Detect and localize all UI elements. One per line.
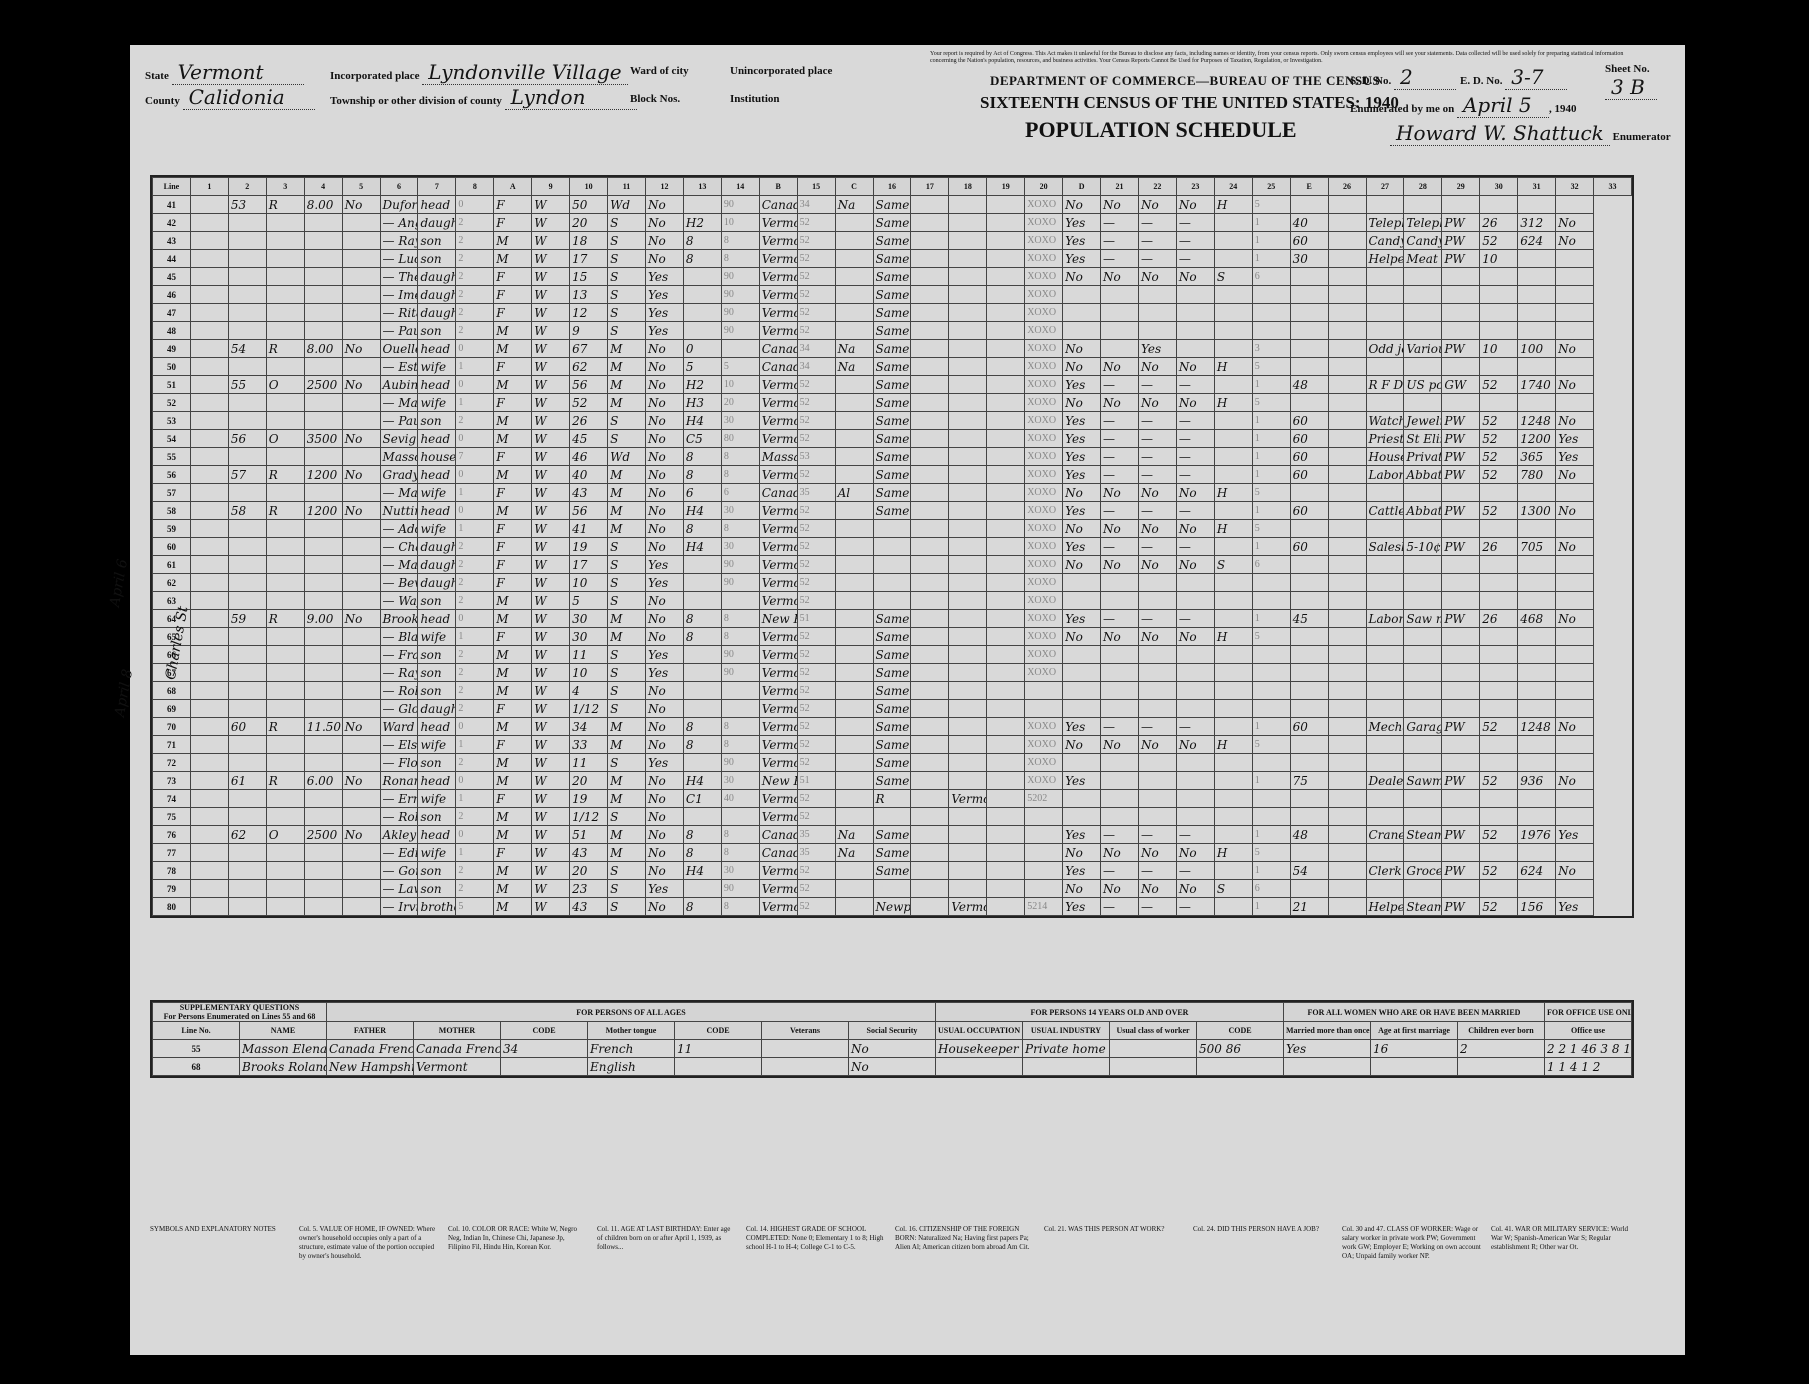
cell-cls — [1442, 196, 1480, 214]
cell-race: W — [532, 628, 570, 646]
cell-hh — [228, 538, 266, 556]
cell-a: 2 — [456, 214, 494, 232]
cell-c24: — — [1176, 898, 1214, 916]
cell-c21: No — [1063, 268, 1101, 286]
cell-birth: Massachusetts — [759, 448, 797, 466]
cell-c26: 60 — [1290, 502, 1328, 520]
table-row: 42— Angelinadaughter2FW20SNoH210Vermont5… — [153, 214, 1632, 232]
line-number: 59 — [153, 520, 191, 538]
empty-cell — [911, 880, 949, 898]
cell-birth: Canada French — [759, 340, 797, 358]
cell-c25 — [1214, 826, 1252, 844]
cell-c: 52 — [797, 556, 835, 574]
census-sheet: Your report is required by Act of Congre… — [130, 45, 1685, 1355]
cell-c23: No — [1138, 880, 1176, 898]
empty-cell — [911, 484, 949, 502]
empty-cell — [911, 196, 949, 214]
cell-b: 30 — [721, 772, 759, 790]
cell-st — [949, 286, 987, 304]
cell-oth: No — [1556, 772, 1594, 790]
cell-cit: Na — [835, 358, 873, 376]
cell-c24 — [1176, 646, 1214, 664]
column-number: 26 — [1328, 178, 1366, 196]
empty-cell — [1328, 808, 1366, 826]
cell-a: 2 — [456, 700, 494, 718]
empty-cell — [987, 304, 1025, 322]
line-number: 43 — [153, 232, 191, 250]
cell-inc — [1518, 196, 1556, 214]
cell-c: 52 — [797, 628, 835, 646]
empty-cell — [190, 682, 228, 700]
cell-own — [266, 736, 304, 754]
cell-res — [873, 808, 911, 826]
empty-cell — [987, 880, 1025, 898]
cell-value — [304, 250, 342, 268]
cell-birth: Vermont — [759, 394, 797, 412]
cell-race: W — [532, 304, 570, 322]
supp-row: 68Brooks RolandNew HampshireVermontEngli… — [153, 1058, 1632, 1076]
cell-c24: — — [1176, 214, 1214, 232]
cell-farm: No — [342, 376, 380, 394]
cell-sex: F — [494, 394, 532, 412]
cell-age: 10 — [570, 574, 608, 592]
cell-c22: No — [1101, 196, 1139, 214]
empty-cell — [911, 214, 949, 232]
empty-cell — [911, 412, 949, 430]
cell-occ — [1366, 592, 1404, 610]
cell-c23: — — [1138, 862, 1176, 880]
cell-wks: 52 — [1480, 862, 1518, 880]
cell-a: 1 — [456, 520, 494, 538]
cell-own — [266, 394, 304, 412]
cell-age: 11 — [570, 754, 608, 772]
empty-cell — [190, 376, 228, 394]
cell-farm: No — [342, 502, 380, 520]
cell-rel: daughter — [418, 700, 456, 718]
empty-cell — [987, 214, 1025, 232]
supp-cell-agefirst: 16 — [1371, 1040, 1458, 1058]
cell-res: Same place — [873, 430, 911, 448]
table-row: 65— Blanche ⊗wife1FW30MNo88Vermont52Same… — [153, 628, 1632, 646]
line-number: 50 — [153, 358, 191, 376]
cell-farm: No — [342, 610, 380, 628]
cell-name: — Lawrence — [380, 880, 418, 898]
cell-occ: Dealer — [1366, 772, 1404, 790]
supplementary-section: SUPPLEMENTARY QUESTIONSFor Persons Enume… — [150, 1000, 1634, 1078]
line-number: 74 — [153, 790, 191, 808]
cell-rel: head — [418, 430, 456, 448]
empty-cell — [1328, 520, 1366, 538]
cell-st — [949, 772, 987, 790]
cell-c22: — — [1101, 466, 1139, 484]
cell-res — [873, 880, 911, 898]
cell-c25 — [1214, 808, 1252, 826]
cell-c24: — — [1176, 448, 1214, 466]
cell-ind: Saw mill — [1404, 610, 1442, 628]
cell-d: XOXO — [1025, 664, 1063, 682]
line-number: 68 — [153, 682, 191, 700]
cell-gr — [683, 556, 721, 574]
cell-rel: wife — [418, 736, 456, 754]
cell-e — [1252, 682, 1290, 700]
supp-column-header: CODE — [675, 1022, 762, 1040]
cell-name: — Floyd L — [380, 754, 418, 772]
cell-e: 1 — [1252, 538, 1290, 556]
cell-d: XOXO — [1025, 538, 1063, 556]
cell-res: Same place — [873, 232, 911, 250]
cell-occ — [1366, 700, 1404, 718]
cell-st — [949, 556, 987, 574]
cell-cit — [835, 448, 873, 466]
cell-sex: F — [494, 358, 532, 376]
empty-cell — [911, 754, 949, 772]
table-row: 75— Robert H Jrson2MW1/12SNoVermont52 — [153, 808, 1632, 826]
cell-c26: 75 — [1290, 772, 1328, 790]
empty-cell — [1328, 700, 1366, 718]
footer-note: Col. 10. COLOR OR RACE: White W, Negro N… — [448, 1225, 587, 1261]
cell-cit: Na — [835, 196, 873, 214]
cell-rel: daughter — [418, 304, 456, 322]
office-use-heading: FOR OFFICE USE ONLY—DO NOT WRITE IN THES… — [1545, 1003, 1632, 1022]
cell-st — [949, 718, 987, 736]
cell-rel: daughter — [418, 214, 456, 232]
cell-ind: Jewelry Store — [1404, 412, 1442, 430]
cell-age: 12 — [570, 304, 608, 322]
cell-gr: 8 — [683, 718, 721, 736]
cell-occ — [1366, 556, 1404, 574]
cell-c21: Yes — [1063, 466, 1101, 484]
column-number: 29 — [1442, 178, 1480, 196]
cell-c25: H — [1214, 196, 1252, 214]
cell-c22 — [1101, 592, 1139, 610]
cell-sch: No — [645, 898, 683, 916]
cell-res: Same place — [873, 700, 911, 718]
cell-hh: 57 — [228, 466, 266, 484]
cell-age: 51 — [570, 826, 608, 844]
cell-c21: No — [1063, 736, 1101, 754]
cell-sch: Yes — [645, 754, 683, 772]
cell-occ — [1366, 682, 1404, 700]
cell-c: 52 — [797, 286, 835, 304]
cell-c23: No — [1138, 736, 1176, 754]
cell-value — [304, 556, 342, 574]
cell-value — [304, 754, 342, 772]
cell-c: 52 — [797, 862, 835, 880]
cell-cls — [1442, 754, 1480, 772]
cell-hh — [228, 898, 266, 916]
cell-birth: Vermont — [759, 592, 797, 610]
cell-wks — [1480, 268, 1518, 286]
cell-birth: Canada English — [759, 826, 797, 844]
cell-value — [304, 268, 342, 286]
cell-st: Vermont — [949, 898, 987, 916]
cell-c26 — [1290, 628, 1328, 646]
cell-res: Same place — [873, 682, 911, 700]
cell-c23 — [1138, 646, 1176, 664]
supp-cell-ind: Private home — [1023, 1040, 1110, 1058]
cell-value — [304, 808, 342, 826]
cell-a: 7 — [456, 448, 494, 466]
cell-c26 — [1290, 394, 1328, 412]
cell-name: — Esther — [380, 358, 418, 376]
cell-b: 8 — [721, 736, 759, 754]
cell-sex: M — [494, 826, 532, 844]
cell-own — [266, 628, 304, 646]
cell-inc: 624 — [1518, 862, 1556, 880]
cell-e: 1 — [1252, 718, 1290, 736]
table-row: 79— Lawrenceson2MW23SYes90Vermont52NoNoN… — [153, 880, 1632, 898]
cell-age: 19 — [570, 790, 608, 808]
cell-gr: H4 — [683, 412, 721, 430]
cell-a: 2 — [456, 592, 494, 610]
cell-c23: — — [1138, 826, 1176, 844]
empty-cell — [987, 538, 1025, 556]
cell-c24 — [1176, 340, 1214, 358]
cell-cit — [835, 610, 873, 628]
cell-e: 6 — [1252, 880, 1290, 898]
cell-cls — [1442, 304, 1480, 322]
cell-c22: — — [1101, 610, 1139, 628]
cell-sch: No — [645, 844, 683, 862]
cell-c23: — — [1138, 430, 1176, 448]
cell-race: W — [532, 718, 570, 736]
cell-c: 34 — [797, 358, 835, 376]
cell-hh — [228, 664, 266, 682]
cell-mar: S — [608, 232, 646, 250]
cell-a: 2 — [456, 250, 494, 268]
cell-a: 0 — [456, 340, 494, 358]
cell-sch: No — [645, 592, 683, 610]
cell-st — [949, 466, 987, 484]
cell-e — [1252, 574, 1290, 592]
column-number: 19 — [987, 178, 1025, 196]
cell-e — [1252, 286, 1290, 304]
empty-cell — [190, 808, 228, 826]
supp-cell-cls — [1110, 1040, 1197, 1058]
cell-own — [266, 322, 304, 340]
cell-res: Same place — [873, 718, 911, 736]
cell-c26: 21 — [1290, 898, 1328, 916]
cell-a: 2 — [456, 862, 494, 880]
table-row: 5456O3500NoSevigny Louis I ⊗head0MW45SNo… — [153, 430, 1632, 448]
cell-c21: No — [1063, 358, 1101, 376]
supp-cell-father: New Hampshire — [327, 1058, 414, 1076]
cell-hh: 53 — [228, 196, 266, 214]
cell-occ — [1366, 304, 1404, 322]
cell-c24: — — [1176, 610, 1214, 628]
empty-cell — [911, 556, 949, 574]
cell-race: W — [532, 322, 570, 340]
cell-birth: Canada English — [759, 484, 797, 502]
cell-name: — Lucien — [380, 250, 418, 268]
cell-d — [1025, 826, 1063, 844]
empty-cell — [987, 628, 1025, 646]
cell-own — [266, 448, 304, 466]
cell-c23: Yes — [1138, 340, 1176, 358]
cell-rel: son — [418, 322, 456, 340]
cell-birth: New Hampshire — [759, 610, 797, 628]
cell-birth: Vermont — [759, 808, 797, 826]
cell-sex: M — [494, 610, 532, 628]
cell-inc — [1518, 700, 1556, 718]
cell-c23: — — [1138, 466, 1176, 484]
ward-field: Ward of city — [630, 65, 689, 77]
cell-race: W — [532, 862, 570, 880]
cell-occ: Priest — [1366, 430, 1404, 448]
cell-inc — [1518, 268, 1556, 286]
empty-cell — [911, 538, 949, 556]
cell-gr: 8 — [683, 448, 721, 466]
empty-cell — [911, 772, 949, 790]
cell-name: Duford Elmina ⊗ — [380, 196, 418, 214]
cell-race: W — [532, 214, 570, 232]
cell-birth: New Hampshire — [759, 772, 797, 790]
cell-own: O — [266, 430, 304, 448]
empty-cell — [911, 376, 949, 394]
cell-c26 — [1290, 664, 1328, 682]
cell-occ — [1366, 484, 1404, 502]
cell-occ: Cattle buyer — [1366, 502, 1404, 520]
cell-c22: No — [1101, 844, 1139, 862]
cell-d: XOXO — [1025, 754, 1063, 772]
cell-c: 52 — [797, 592, 835, 610]
cell-value — [304, 304, 342, 322]
empty-cell — [987, 268, 1025, 286]
cell-c26: 60 — [1290, 466, 1328, 484]
cell-hh — [228, 880, 266, 898]
cell-c25 — [1214, 574, 1252, 592]
cell-c: 52 — [797, 430, 835, 448]
cell-c25 — [1214, 376, 1252, 394]
cell-b: 90 — [721, 754, 759, 772]
empty-cell — [1328, 196, 1366, 214]
cell-hh — [228, 394, 266, 412]
cell-c25: H — [1214, 520, 1252, 538]
cell-ind: Grocery Store — [1404, 862, 1442, 880]
table-row: 77— Edith L ⊗wife1FW43MNo88Canada Englis… — [153, 844, 1632, 862]
empty-cell — [1328, 556, 1366, 574]
cell-name: — Angelina — [380, 214, 418, 232]
cell-c24 — [1176, 304, 1214, 322]
department-title: DEPARTMENT OF COMMERCE—BUREAU OF THE CEN… — [990, 73, 1380, 89]
cell-c: 52 — [797, 880, 835, 898]
cell-age: 1/12 — [570, 808, 608, 826]
cell-ind: Sawmill — [1404, 772, 1442, 790]
cell-oth: Yes — [1556, 430, 1594, 448]
cell-sex: F — [494, 484, 532, 502]
cell-value: 6.00 — [304, 772, 342, 790]
cell-oth: No — [1556, 232, 1594, 250]
cell-hh — [228, 790, 266, 808]
cell-name: Akley George V — [380, 826, 418, 844]
cell-e: 5 — [1252, 358, 1290, 376]
cell-a: 1 — [456, 394, 494, 412]
supp-cell-married: Yes — [1284, 1040, 1371, 1058]
column-number: 7 — [418, 178, 456, 196]
cell-name: — Beverly — [380, 574, 418, 592]
cell-ind — [1404, 754, 1442, 772]
cell-c24: No — [1176, 484, 1214, 502]
cell-cit — [835, 520, 873, 538]
cell-sch: No — [645, 196, 683, 214]
cell-c26 — [1290, 790, 1328, 808]
cell-wks — [1480, 754, 1518, 772]
cell-res: Same place — [873, 340, 911, 358]
empty-cell — [911, 610, 949, 628]
table-row: 61— Marylyndaughter2FW17SYes90Vermont52X… — [153, 556, 1632, 574]
line-number: 52 — [153, 394, 191, 412]
schedule-title: POPULATION SCHEDULE — [1025, 117, 1297, 143]
line-number: 78 — [153, 862, 191, 880]
cell-occ — [1366, 268, 1404, 286]
empty-cell — [1328, 610, 1366, 628]
cell-wks — [1480, 700, 1518, 718]
empty-cell — [190, 790, 228, 808]
empty-cell — [911, 700, 949, 718]
cell-cit — [835, 430, 873, 448]
empty-cell — [1328, 448, 1366, 466]
cell-sex: F — [494, 448, 532, 466]
cell-hh: 55 — [228, 376, 266, 394]
cell-c: 51 — [797, 772, 835, 790]
cell-mar: S — [608, 574, 646, 592]
cell-c26 — [1290, 754, 1328, 772]
cell-mar: S — [608, 538, 646, 556]
cell-farm — [342, 214, 380, 232]
cell-rel: daughter — [418, 538, 456, 556]
cell-gr — [683, 574, 721, 592]
column-number: 4 — [304, 178, 342, 196]
cell-rel: son — [418, 412, 456, 430]
cell-hh — [228, 808, 266, 826]
cell-occ: Odd job man — [1366, 340, 1404, 358]
cell-c26 — [1290, 844, 1328, 862]
cell-wks — [1480, 592, 1518, 610]
cell-age: 34 — [570, 718, 608, 736]
cell-c25 — [1214, 286, 1252, 304]
cell-farm — [342, 646, 380, 664]
cell-cls — [1442, 394, 1480, 412]
cell-cls — [1442, 682, 1480, 700]
cell-name: — Raymond — [380, 232, 418, 250]
cell-ind: Telephone office — [1404, 214, 1442, 232]
empty-cell — [987, 790, 1025, 808]
empty-cell — [1328, 574, 1366, 592]
cell-race: W — [532, 898, 570, 916]
cell-d: XOXO — [1025, 610, 1063, 628]
cell-age: 56 — [570, 376, 608, 394]
cell-occ — [1366, 790, 1404, 808]
cell-oth — [1556, 196, 1594, 214]
cell-c23: No — [1138, 556, 1176, 574]
cell-c26 — [1290, 304, 1328, 322]
cell-c24 — [1176, 664, 1214, 682]
cell-st — [949, 322, 987, 340]
table-row: 5155O2500NoAubin Alphonse ⊗head0MW56MNoH… — [153, 376, 1632, 394]
cell-a: 2 — [456, 538, 494, 556]
cell-st — [949, 340, 987, 358]
cell-sex: F — [494, 574, 532, 592]
cell-c21 — [1063, 754, 1101, 772]
cell-value — [304, 862, 342, 880]
cell-c26 — [1290, 286, 1328, 304]
cell-age: 30 — [570, 628, 608, 646]
empty-cell — [190, 286, 228, 304]
cell-name: — Imelda — [380, 286, 418, 304]
empty-cell — [987, 718, 1025, 736]
cell-c: 52 — [797, 718, 835, 736]
cell-res: Same place — [873, 466, 911, 484]
